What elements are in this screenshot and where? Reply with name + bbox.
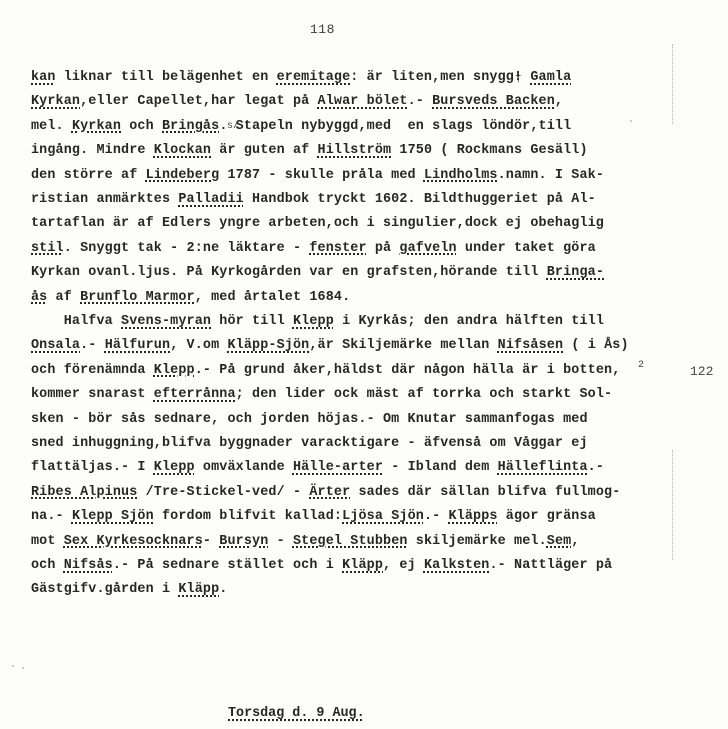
- text-run: mel.: [31, 119, 72, 134]
- text-line: Gästgifv.gården i Kläpp.: [31, 582, 227, 597]
- text-run: Gästgifv.gården i: [31, 582, 178, 597]
- underlined-term: Klockan: [154, 143, 211, 158]
- paper-speck: [630, 120, 632, 122]
- underlined-term: Sex Kyrkesocknars: [64, 534, 203, 549]
- text-run: fordom blifvit kallad:: [154, 509, 342, 524]
- text-line: na.- Klepp Sjön fordom blifvit kallad:Lj…: [31, 509, 596, 524]
- text-run: tartaflan är af Edlers yngre arbeten,och…: [31, 216, 604, 231]
- text-line: kan liknar till belägenhet en eremitage:…: [31, 70, 571, 85]
- text-run: mot: [31, 534, 64, 549]
- text-line: ingång. Mindre Klockan är guten af Hills…: [31, 143, 588, 158]
- underlined-term: Hillström: [318, 143, 392, 158]
- text-run: .-: [588, 460, 604, 475]
- underlined-term: Onsala: [31, 338, 80, 353]
- text-line: sned inhuggning,blifva byggnader varackt…: [31, 436, 588, 451]
- text-line: sken - bör sås sednare, och jorden höjas…: [31, 412, 588, 427]
- text-line: mot Sex Kyrkesocknars- Bursyn - Stegel S…: [31, 534, 580, 549]
- text-run: omväxlande: [195, 460, 293, 475]
- text-line: flattäljas.- I Klepp omväxlande Hälle-ar…: [31, 460, 604, 475]
- text-run: ,är Skiljemärke mellan: [309, 338, 497, 353]
- text-run: .- På grund åker,häldst där någon hälla …: [195, 363, 621, 378]
- text-line: och förenämnda Klepp.- På grund åker,häl…: [31, 363, 620, 378]
- text-line: Kyrkan,eller Capellet,har legat på Alwar…: [31, 94, 563, 109]
- text-run: ingång. Mindre: [31, 143, 154, 158]
- underlined-term: gafveln: [399, 241, 456, 256]
- text-run: ristian anmärktes: [31, 192, 178, 207]
- text-line: kommer snarast efterrånna; den lider ock…: [31, 387, 612, 402]
- underlined-term: Kyrkan: [31, 94, 80, 109]
- text-run: ,: [571, 534, 579, 549]
- underlined-term: Torsdag d. 9 Aug.: [228, 706, 365, 721]
- text-run: ; den lider ock mäst af torrka och stark…: [236, 387, 613, 402]
- text-run: . Snyggt tak - 2:ne läktare -: [64, 241, 310, 256]
- text-run: -: [203, 534, 219, 549]
- paper-speck: [22, 667, 24, 669]
- underlined-term: Nifsåsen: [498, 338, 564, 353]
- text-run: .- Nattläger på: [489, 558, 612, 573]
- underlined-term: Kläpp: [342, 558, 383, 573]
- text-run: , V.om: [170, 338, 227, 353]
- underlined-term: Klepp Sjön: [72, 509, 154, 524]
- underlined-term: kan: [31, 70, 56, 85]
- text-line: Kyrkan ovanl.ljus. På Kyrkogården var en…: [31, 265, 604, 280]
- text-line: stil. Snyggt tak - 2:ne läktare - fenste…: [31, 241, 596, 256]
- underlined-term: Ljösa Sjön: [342, 509, 424, 524]
- underlined-term: stil: [31, 241, 64, 256]
- margin-rule-upper: [672, 44, 673, 124]
- text-run: Handbok tryckt 1602. Bildthuggeriet på A…: [244, 192, 596, 207]
- text-run: under taket göra: [457, 241, 596, 256]
- underlined-term: Lindeberg: [146, 168, 220, 183]
- underlined-term: eremitage: [277, 70, 351, 85]
- text-run: .namn. I Sak-: [498, 168, 604, 183]
- underlined-term: Alwar bölet: [318, 94, 408, 109]
- underlined-term: Palladii: [178, 192, 244, 207]
- text-run: af: [47, 290, 80, 305]
- text-line: ristian anmärktes Palladii Handbok tryck…: [31, 192, 596, 207]
- text-run: liknar till belägenhet en: [56, 70, 277, 85]
- underlined-term: efterrånna: [154, 387, 236, 402]
- text-run: - Ibland dem: [383, 460, 498, 475]
- text-run: den större af: [31, 168, 146, 183]
- underlined-term: Klepp: [154, 460, 195, 475]
- text-run: /Tre-Stickel-ved/ -: [137, 485, 309, 500]
- text-run: : är liten,men snygg!: [350, 70, 530, 85]
- underlined-term: Lindholms: [424, 168, 498, 183]
- underlined-term: Ribes Alpinus: [31, 485, 137, 500]
- text-run: .-: [80, 338, 105, 353]
- underlined-term: Bursveds Backen: [432, 94, 555, 109]
- text-run: 1750 ( Rockmans Gesäll): [391, 143, 587, 158]
- text-run: .-: [408, 94, 433, 109]
- text-run: . Stapeln nybyggd,med en slags löndör,ti…: [219, 119, 571, 134]
- text-run: sned inhuggning,blifva byggnader varackt…: [31, 436, 588, 451]
- underlined-term: Hälle-arter: [293, 460, 383, 475]
- text-run: är guten af: [211, 143, 317, 158]
- underlined-term: Hälleflinta: [498, 460, 588, 475]
- text-line: Ribes Alpinus /Tre-Stickel-ved/ - Ärter …: [31, 485, 620, 500]
- text-line: tartaflan är af Edlers yngre arbeten,och…: [31, 216, 604, 231]
- underlined-term: Gamla: [530, 70, 571, 85]
- underlined-term: Nifsås: [64, 558, 113, 573]
- text-run: skiljemärke mel.: [408, 534, 547, 549]
- text-run: hör till: [211, 314, 293, 329]
- text-run: na.-: [31, 509, 72, 524]
- text-run: .: [219, 582, 227, 597]
- underlined-term: Kalksten: [424, 558, 490, 573]
- underlined-term: Kläpp: [178, 582, 219, 597]
- underlined-term: Ärter: [309, 485, 350, 500]
- insert-mark-as: 2: [638, 360, 644, 371]
- underlined-term: ås: [31, 290, 47, 305]
- typewritten-page: 118 † s/ 2 122 kan liknar till belägenhe…: [0, 0, 728, 729]
- text-run: och: [121, 119, 162, 134]
- underlined-term: Stegel Stubben: [293, 534, 408, 549]
- underlined-term: Svens-myran: [121, 314, 211, 329]
- text-run: , med årtalet 1684.: [195, 290, 351, 305]
- underlined-term: Bringa-: [547, 265, 604, 280]
- underlined-term: Brunflo Marmor: [80, 290, 195, 305]
- text-run: ägor gränsa: [498, 509, 596, 524]
- text-run: , ej: [383, 558, 424, 573]
- paper-speck: [12, 665, 14, 667]
- page-number: 118: [310, 22, 335, 37]
- text-line: och Nifsås.- På sednare stället och i Kl…: [31, 558, 612, 573]
- margin-page-reference: 122: [690, 364, 713, 379]
- underlined-term: Bringås: [162, 119, 219, 134]
- text-run: ( i Ås): [563, 338, 629, 353]
- underlined-term: Hälfurun: [105, 338, 171, 353]
- text-line: den större af Lindeberg 1787 - skulle pr…: [31, 168, 604, 183]
- underlined-term: Klepp: [154, 363, 195, 378]
- date-heading: Torsdag d. 9 Aug.: [228, 706, 365, 721]
- text-line: Onsala.- Hälfurun, V.om Kläpp-Sjön,är Sk…: [31, 338, 629, 353]
- margin-rule-middle: [672, 450, 673, 560]
- text-line: Halfva Svens-myran hör till Klepp i Kyrk…: [31, 314, 604, 329]
- text-run: ,: [555, 94, 563, 109]
- underlined-term: Bursyn: [219, 534, 268, 549]
- underlined-term: Kläpp-Sjön: [228, 338, 310, 353]
- underlined-term: fenster: [309, 241, 366, 256]
- text-run: på: [367, 241, 400, 256]
- text-run: och: [31, 558, 64, 573]
- text-run: 1787 - skulle pråla med: [219, 168, 424, 183]
- underlined-term: Sem: [547, 534, 572, 549]
- text-run: kommer snarast: [31, 387, 154, 402]
- text-run: och förenämnda: [31, 363, 154, 378]
- text-run: -: [268, 534, 293, 549]
- text-run: i Kyrkås; den andra hälften till: [334, 314, 604, 329]
- text-run: Halfva: [31, 314, 121, 329]
- text-run: flattäljas.- I: [31, 460, 154, 475]
- underlined-term: Kyrkan: [72, 119, 121, 134]
- text-run: sades där sällan blifva fullmog-: [350, 485, 620, 500]
- underlined-term: Klepp: [293, 314, 334, 329]
- text-run: sken - bör sås sednare, och jorden höjas…: [31, 412, 588, 427]
- text-line: ås af Brunflo Marmor, med årtalet 1684.: [31, 290, 350, 305]
- text-line: mel. Kyrkan och Bringås. Stapeln nybyggd…: [31, 119, 571, 134]
- text-run: .-: [424, 509, 449, 524]
- text-run: .- På sednare stället och i: [113, 558, 342, 573]
- text-run: ,eller Capellet,har legat på: [80, 94, 317, 109]
- underlined-term: Kläpps: [449, 509, 498, 524]
- text-run: Kyrkan ovanl.ljus. På Kyrkogården var en…: [31, 265, 547, 280]
